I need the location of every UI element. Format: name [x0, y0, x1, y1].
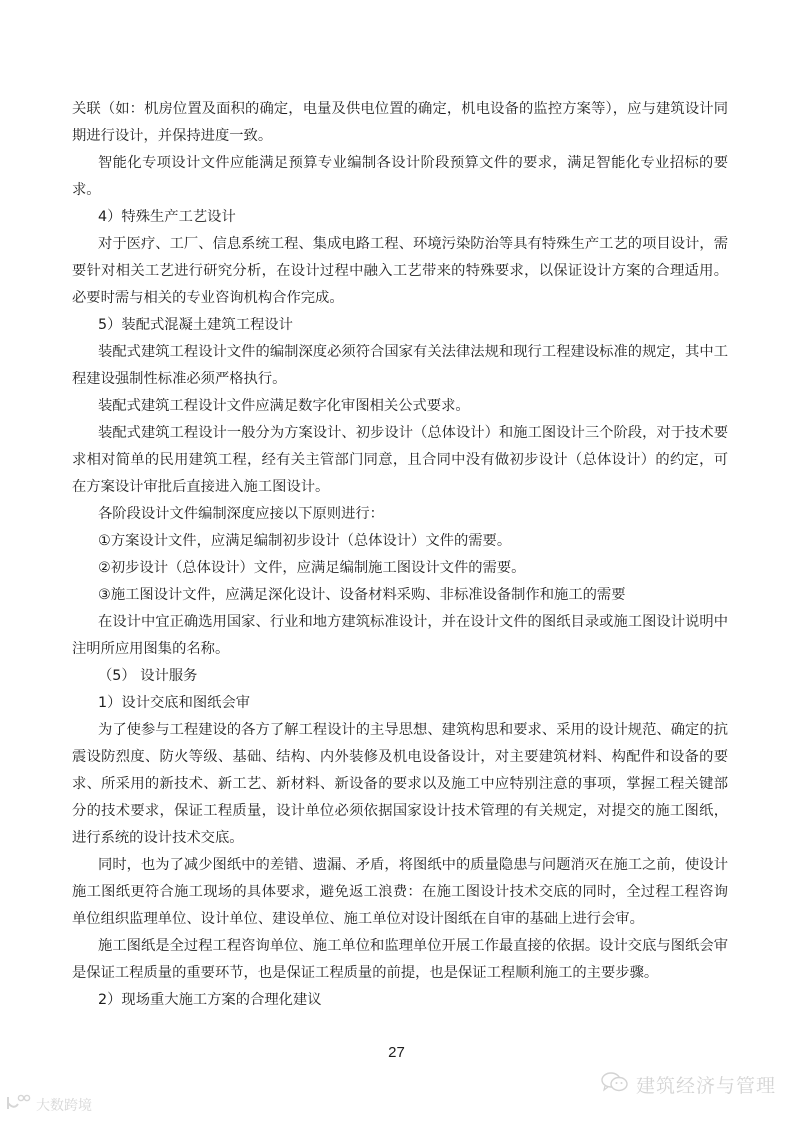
list-item: ③施工图设计文件，应满足深化设计、设备材料采购、非标准设备制作和施工的需要: [72, 582, 728, 609]
paragraph: 装配式建筑工程设计一般分为方案设计、初步设计（总体设计）和施工图设计三个阶段，对…: [72, 420, 728, 501]
watermark-publisher: 建筑经济与管理: [600, 1070, 776, 1099]
paragraph: 同时，也为了减少图纸中的差错、遗漏、矛盾，将图纸中的质量隐患与问题消灭在施工之前…: [72, 852, 728, 933]
logo-icon: [4, 1094, 32, 1116]
watermark-source-text: 大数跨境: [36, 1095, 92, 1115]
paragraph: 智能化专项设计文件应能满足预算专业编制各设计阶段预算文件的要求，满足智能化专业招…: [72, 150, 728, 204]
section-heading: （5） 设计服务: [72, 663, 728, 690]
paragraph: 在设计中宜正确选用国家、行业和地方建筑标准设计，并在设计文件的图纸目录或施工图设…: [72, 609, 728, 663]
paragraph-continuation: 关联（如：机房位置及面积的确定，电量及供电位置的确定，机电设备的监控方案等），应…: [72, 96, 728, 150]
paragraph: 对于医疗、工厂、信息系统工程、集成电路工程、环境污染防治等具有特殊生产工艺的项目…: [72, 231, 728, 312]
section-heading: 5）装配式混凝土建筑工程设计: [72, 312, 728, 339]
section-heading: 4）特殊生产工艺设计: [72, 204, 728, 231]
paragraph: 为了使参与工程建设的各方了解工程设计的主导思想、建筑构思和要求、采用的设计规范、…: [72, 717, 728, 852]
subsection-heading: 1）设计交底和图纸会审: [72, 690, 728, 717]
paragraph: 施工图纸是全过程工程咨询单位、施工单位和监理单位开展工作最直接的依据。设计交底与…: [72, 933, 728, 987]
paragraph: 装配式建筑工程设计文件应满足数字化审图相关公式要求。: [72, 393, 728, 420]
wechat-icon: [600, 1070, 630, 1099]
paragraph: 装配式建筑工程设计文件的编制深度必须符合国家有关法律法规和现行工程建设标准的规定…: [72, 339, 728, 393]
paragraph: 各阶段设计文件编制深度应接以下原则进行：: [72, 501, 728, 528]
list-item: ①方案设计文件，应满足编制初步设计（总体设计）文件的需要。: [72, 528, 728, 555]
page-number: 27: [0, 1044, 793, 1061]
watermark-publisher-text: 建筑经济与管理: [636, 1071, 776, 1098]
watermark-source: 大数跨境: [4, 1094, 92, 1116]
subsection-heading: 2）现场重大施工方案的合理化建议: [72, 987, 728, 1014]
document-body: 关联（如：机房位置及面积的确定，电量及供电位置的确定，机电设备的监控方案等），应…: [72, 96, 728, 1014]
list-item: ②初步设计（总体设计）文件，应满足编制施工图设计文件的需要。: [72, 555, 728, 582]
